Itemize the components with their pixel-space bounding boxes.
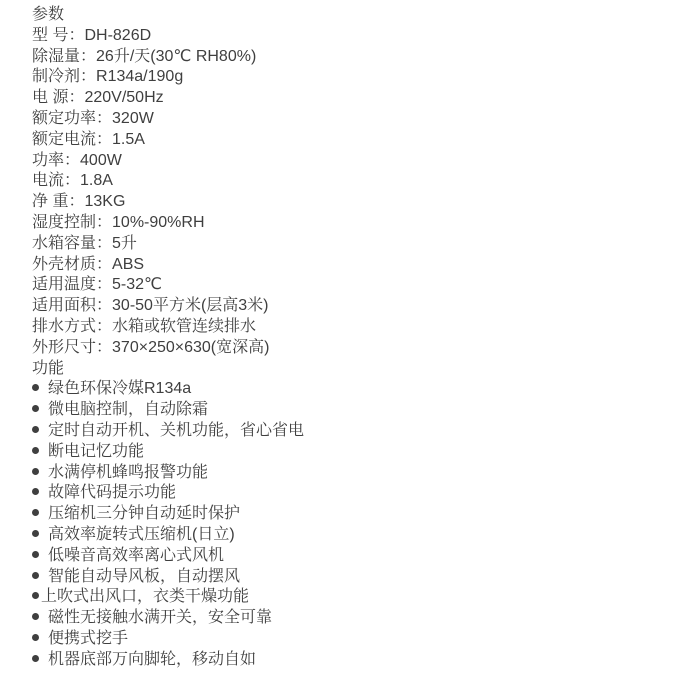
feature-row: 压缩机三分钟自动延时保护 [32, 504, 666, 525]
spec-row-drainage-method: 排水方式：水箱或软管连续排水 [32, 317, 666, 338]
spec-value: R134a/190g [96, 68, 183, 85]
spec-value: 400W [80, 152, 122, 169]
feature-row: 低噪音高效率离心式风机 [32, 546, 666, 567]
bullet-icon [32, 468, 39, 475]
bullet-icon [32, 447, 39, 454]
spec-value: 13KG [84, 193, 125, 210]
spec-value: 220V/50Hz [84, 89, 163, 106]
spec-label: 除湿量 [32, 48, 80, 65]
feature-row: 高效率旋转式压缩机(日立) [32, 525, 666, 546]
features-section-title: 功能 [32, 359, 666, 380]
spec-value: 320W [112, 110, 154, 127]
bullet-icon [32, 613, 39, 620]
spec-row-humidity-control: 湿度控制：10%-90%RH [32, 213, 666, 234]
spec-value: 30-50平方米(层高3米) [112, 297, 268, 314]
spec-row-rated-current: 额定电流：1.5A [32, 130, 666, 151]
bullet-icon [32, 592, 39, 599]
spec-row-current: 电流：1.8A [32, 171, 666, 192]
spec-value: 5升 [112, 235, 137, 252]
spec-value: 1.5A [112, 131, 145, 148]
bullet-icon [32, 384, 39, 391]
feature-text: 便携式挖手 [48, 630, 128, 647]
spec-separator: ： [96, 214, 112, 231]
spec-row-shell-material: 外壳材质：ABS [32, 255, 666, 276]
feature-text: 机器底部万向脚轮，移动自如 [48, 651, 256, 668]
spec-label: 额定功率 [32, 110, 96, 127]
spec-row-rated-power: 额定功率：320W [32, 109, 666, 130]
feature-text: 压缩机三分钟自动延时保护 [48, 505, 240, 522]
spec-label: 电流 [32, 172, 64, 189]
feature-text: 断电记忆功能 [48, 443, 144, 460]
spec-value: ABS [112, 256, 144, 273]
feature-row: 断电记忆功能 [32, 442, 666, 463]
feature-text: 智能自动导风板，自动摆风 [48, 568, 240, 585]
spec-row-dimensions: 外形尺寸：370×250×630(宽深高) [32, 338, 666, 359]
spec-label: 制冷剂 [32, 68, 80, 85]
spec-row-dehumidify-capacity: 除湿量：26升/天(30℃ RH80%) [32, 47, 666, 68]
bullet-icon [32, 655, 39, 662]
spec-value: 5-32℃ [112, 276, 162, 293]
feature-row: 微电脑控制，自动除霜 [32, 400, 666, 421]
spec-separator: ： [96, 339, 112, 356]
product-spec-document: 参数 型 号：DH-826D 除湿量：26升/天(30℃ RH80%) 制冷剂：… [0, 0, 674, 671]
spec-separator: ： [80, 48, 96, 65]
spec-row-refrigerant: 制冷剂：R134a/190g [32, 67, 666, 88]
spec-row-power-supply: 电 源：220V/50Hz [32, 88, 666, 109]
spec-value: 水箱或软管连续排水 [112, 318, 256, 335]
spec-row-net-weight: 净 重：13KG [32, 192, 666, 213]
feature-text: 水满停机蜂鸣报警功能 [48, 464, 208, 481]
bullet-icon [32, 551, 39, 558]
feature-text: 微电脑控制，自动除霜 [48, 401, 208, 418]
spec-row-operating-temperature: 适用温度：5-32℃ [32, 275, 666, 296]
spec-value: 370×250×630(宽深高) [112, 339, 269, 356]
spec-separator: ： [96, 297, 112, 314]
feature-row: 上吹式出风口，衣类干燥功能 [32, 587, 666, 608]
spec-row-tank-capacity: 水箱容量：5升 [32, 234, 666, 255]
specs-section-title: 参数 [32, 5, 666, 26]
spec-label: 适用面积 [32, 297, 96, 314]
spec-label: 适用温度 [32, 276, 96, 293]
feature-text: 故障代码提示功能 [48, 484, 176, 501]
spec-separator: ： [96, 235, 112, 252]
bullet-icon [32, 488, 39, 495]
feature-row: 机器底部万向脚轮，移动自如 [32, 650, 666, 671]
bullet-icon [32, 405, 39, 412]
spec-separator: ： [96, 318, 112, 335]
spec-separator: ： [68, 27, 84, 44]
feature-text: 高效率旋转式压缩机(日立) [48, 526, 235, 543]
spec-separator: ： [68, 89, 84, 106]
spec-label: 水箱容量 [32, 235, 96, 252]
bullet-icon [32, 634, 39, 641]
spec-row-model: 型 号：DH-826D [32, 26, 666, 47]
feature-row: 便携式挖手 [32, 629, 666, 650]
spec-label: 外形尺寸 [32, 339, 96, 356]
feature-row: 智能自动导风板，自动摆风 [32, 567, 666, 588]
feature-text: 磁性无接触水满开关，安全可靠 [48, 609, 272, 626]
bullet-icon [32, 530, 39, 537]
feature-text: 上吹式出风口，衣类干燥功能 [41, 588, 249, 605]
spec-value: 10%-90%RH [112, 214, 204, 231]
spec-label: 额定电流 [32, 131, 96, 148]
spec-row-power: 功率：400W [32, 151, 666, 172]
spec-label: 电 源 [32, 89, 68, 106]
spec-separator: ： [64, 152, 80, 169]
spec-value: DH-826D [84, 27, 151, 44]
feature-text: 定时自动开机、关机功能，省心省电 [48, 422, 304, 439]
spec-label: 功率 [32, 152, 64, 169]
feature-text: 绿色环保冷媒R134a [48, 380, 191, 397]
feature-row: 绿色环保冷媒R134a [32, 379, 666, 400]
spec-label: 净 重 [32, 193, 68, 210]
spec-value: 26升/天(30℃ RH80%) [96, 48, 256, 65]
bullet-icon [32, 426, 39, 433]
spec-label: 外壳材质 [32, 256, 96, 273]
spec-row-coverage-area: 适用面积：30-50平方米(层高3米) [32, 296, 666, 317]
spec-separator: ： [96, 276, 112, 293]
spec-separator: ： [96, 256, 112, 273]
spec-separator: ： [68, 193, 84, 210]
bullet-icon [32, 509, 39, 516]
spec-separator: ： [80, 68, 96, 85]
feature-row: 定时自动开机、关机功能，省心省电 [32, 421, 666, 442]
spec-label: 型 号 [32, 27, 68, 44]
feature-row: 水满停机蜂鸣报警功能 [32, 463, 666, 484]
bullet-icon [32, 572, 39, 579]
feature-row: 故障代码提示功能 [32, 483, 666, 504]
spec-label: 排水方式 [32, 318, 96, 335]
feature-row: 磁性无接触水满开关，安全可靠 [32, 608, 666, 629]
feature-text: 低噪音高效率离心式风机 [48, 547, 224, 564]
spec-value: 1.8A [80, 172, 113, 189]
spec-separator: ： [96, 131, 112, 148]
spec-label: 湿度控制 [32, 214, 96, 231]
spec-separator: ： [96, 110, 112, 127]
spec-separator: ： [64, 172, 80, 189]
